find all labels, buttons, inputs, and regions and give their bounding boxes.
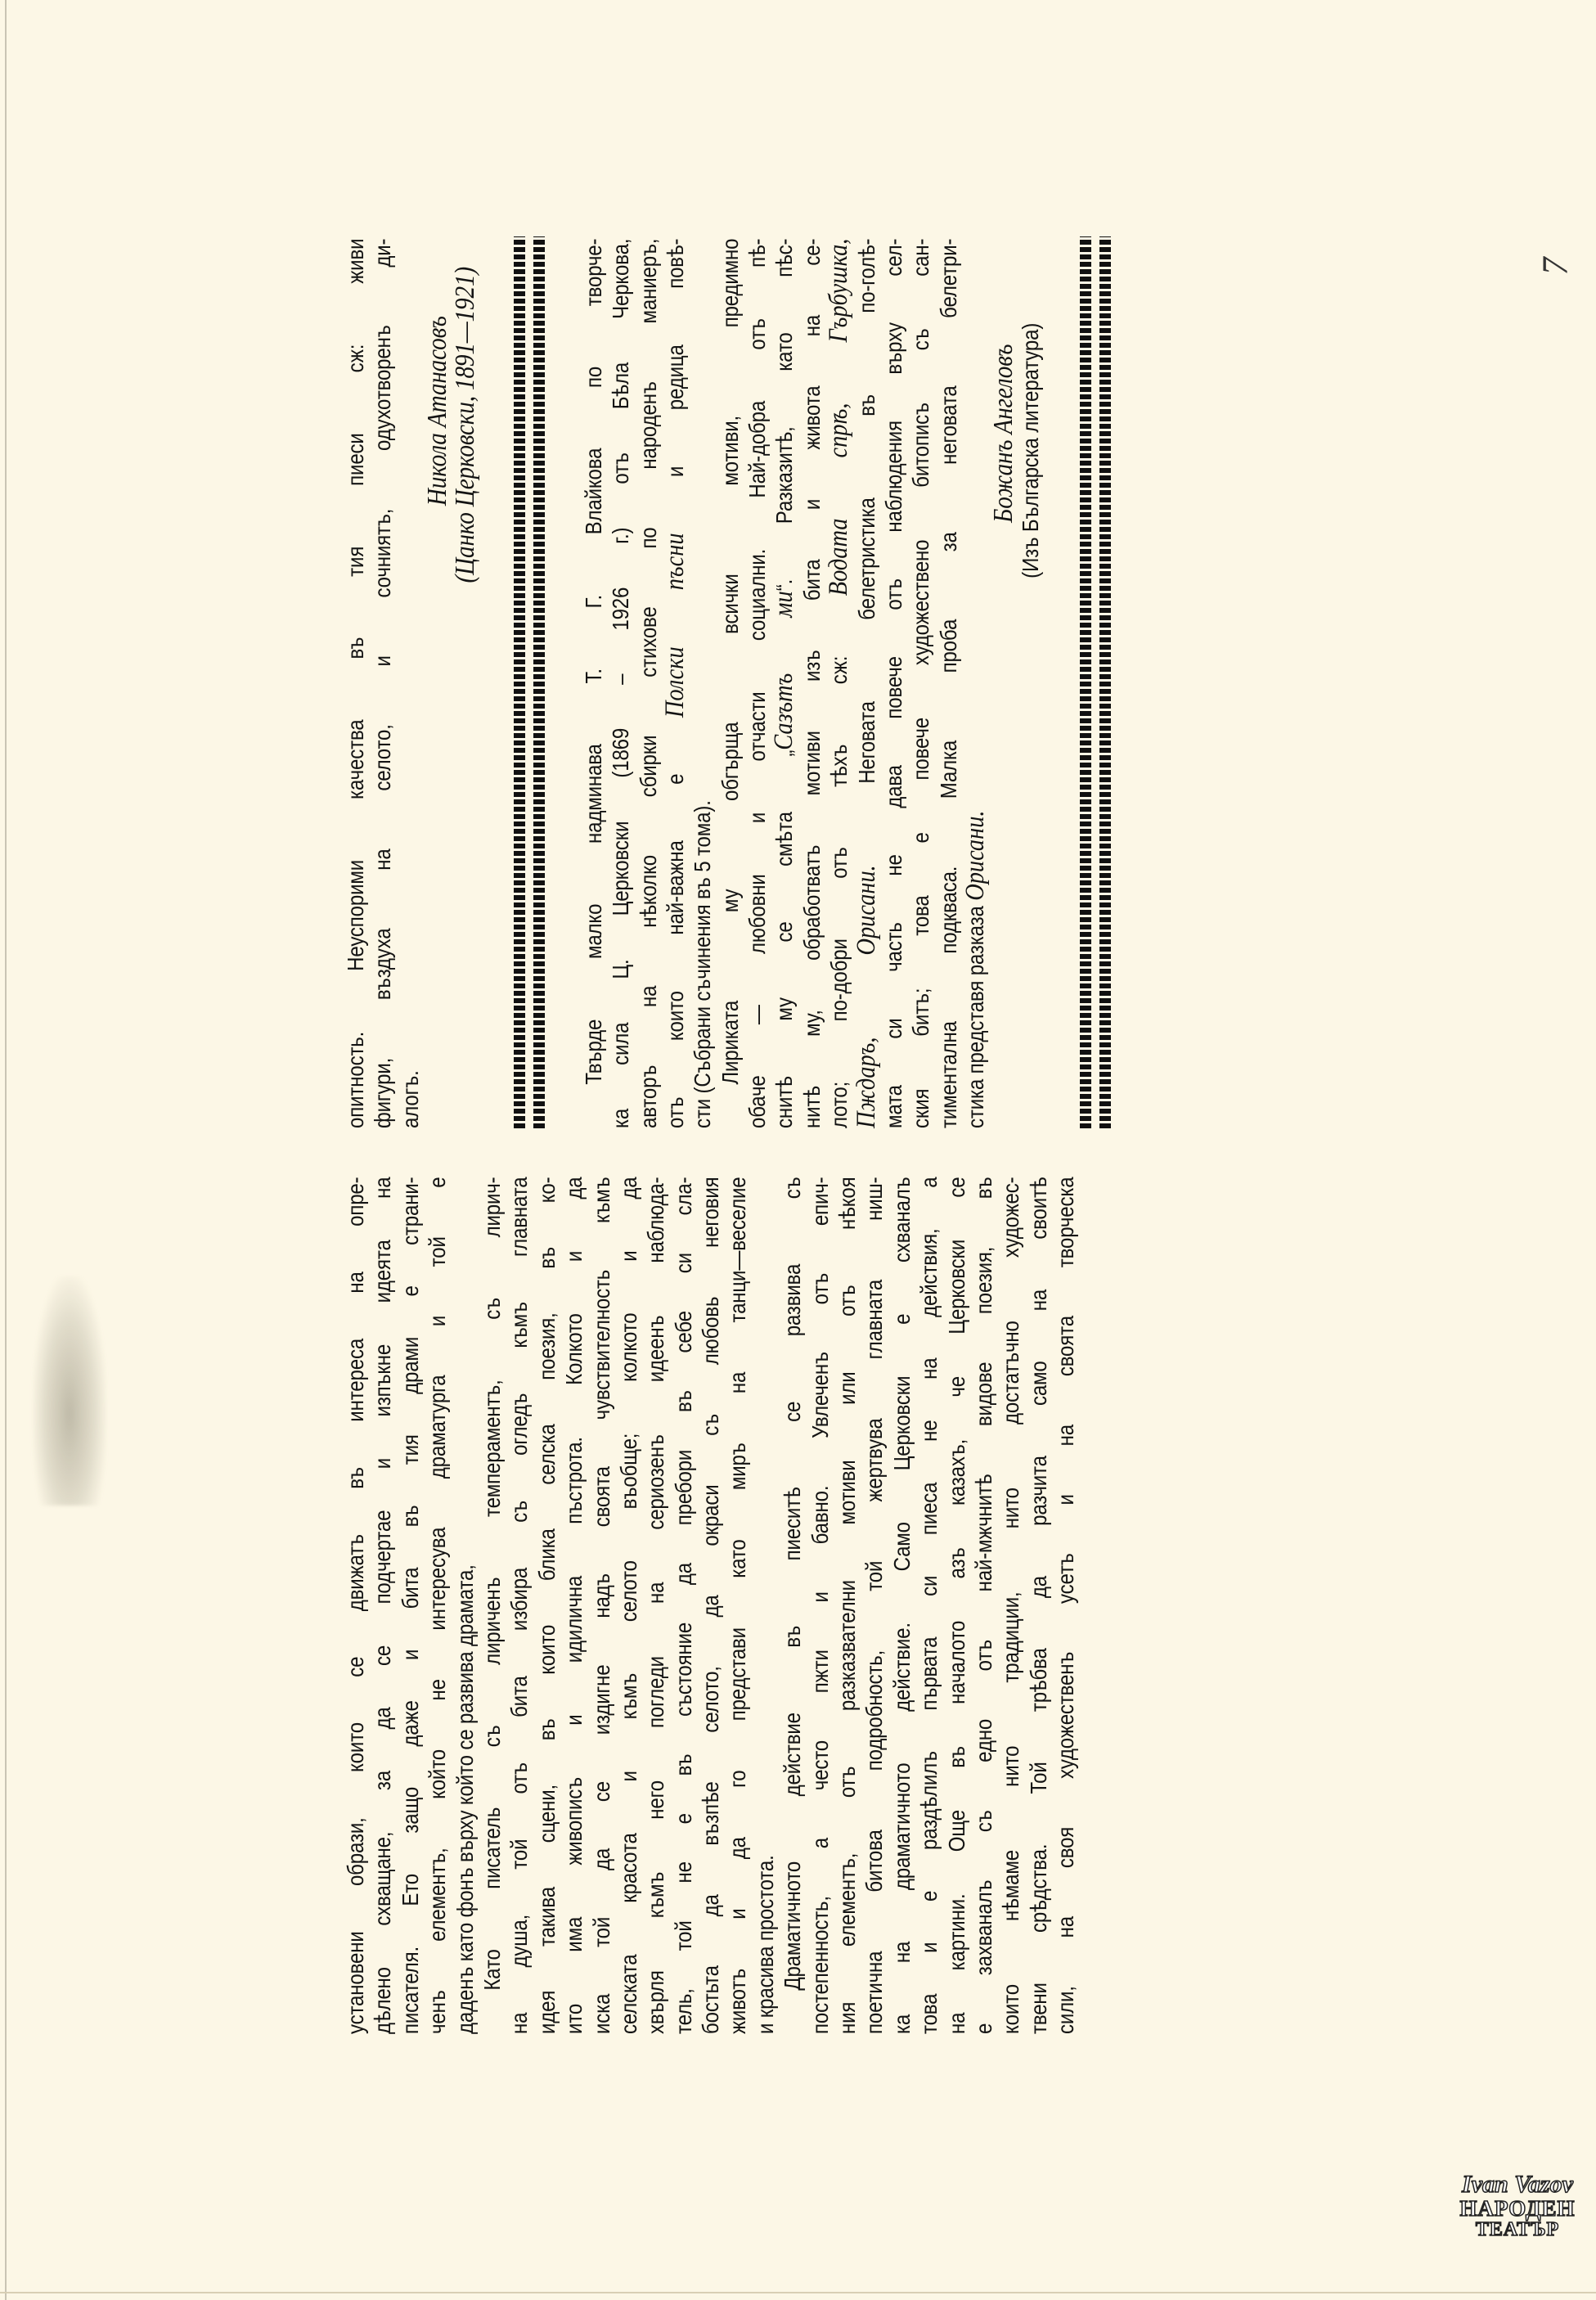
italic-title: Полски пъсни <box>660 533 690 718</box>
text-segment: снитѣ му се смѣта „ <box>771 750 797 1128</box>
scanned-page: установени образи, които се движатъ въ и… <box>0 0 1596 2300</box>
text-line: ския битъ; това е повече художествено би… <box>907 239 934 1128</box>
text-line: Драматичното действие въ пиеситѣ се разв… <box>779 1177 806 2034</box>
signature-author-1: Никола Атанасовъ <box>424 239 451 1128</box>
text-segment: Неговата белетристика въ по-голѣ- <box>854 239 879 866</box>
italic-title: Пждаръ, Орисани. <box>852 865 881 1128</box>
text-line: ченъ елементъ, който не интересува драма… <box>424 1177 451 2034</box>
source-title: (Изъ Българска литература) <box>1018 323 1043 578</box>
text-segment: лото; по-добри отъ тѣхъ сж: <box>826 596 852 1128</box>
dotted-divider <box>533 236 545 1128</box>
source-title: (Цанко Церковски, 1891—1921) <box>450 267 480 583</box>
text-segment: стика представя разказа <box>963 901 988 1128</box>
text-line: постепенность, а често пжти и бавно. Увл… <box>807 1177 834 2034</box>
text-segment: отъ които най-важна е <box>663 718 688 1128</box>
text-line: тель, той не е въ състояние да пребори в… <box>670 1177 697 2034</box>
text-line: ния елементъ, отъ разказвателни мотиви и… <box>834 1177 861 2034</box>
dotted-divider <box>1080 236 1091 1128</box>
text-column-left: установени образи, които се движатъ въ и… <box>342 1175 1080 2034</box>
text-line: стика представя разказа Орисани. <box>962 239 989 1128</box>
page-number: 7 <box>1535 258 1576 276</box>
author-name: Никола Атанасовъ <box>422 316 452 506</box>
text-column-right: опитность. Неуспорими качества въ тия пи… <box>342 236 1118 1128</box>
text-line: Като писатель съ лириченъ темпераментъ, … <box>479 1177 506 2034</box>
text-line: алогъ. <box>397 239 424 1128</box>
text-line: фигури, въздуха на селото, и сочниятъ, о… <box>369 239 396 1128</box>
text-line: лото; по-добри отъ тѣхъ сж: Водата спрѣ,… <box>825 239 852 1128</box>
text-line: нитѣ му, обработватъ мотиви изъ бита и ж… <box>798 239 825 1128</box>
signature-source-1: (Цанко Церковски, 1891—1921) <box>452 239 479 1128</box>
text-line: които нѣмаме нито традиции, нито достатъ… <box>997 1177 1024 2034</box>
text-segment: и редица повѣ- <box>663 239 688 533</box>
text-line: даденъ като фонъ върху който се развива … <box>452 1177 479 2034</box>
italic-title: Орисани. <box>960 811 990 901</box>
text-line: авторъ на нѣколко сбирки стихове по наро… <box>635 239 662 1128</box>
text-line: ито има живописъ и идилична пъстрота. Ко… <box>560 1177 587 2034</box>
dotted-divider <box>1099 236 1111 1128</box>
text-line: иска той да се издигне надъ своята чувст… <box>588 1177 615 2034</box>
rotated-text-frame: установени образи, които се движатъ въ и… <box>0 0 1596 2300</box>
article-continuation: опитность. Неуспорими качества въ тия пи… <box>342 236 424 1128</box>
text-line: Твърде малко надминава Т. Г. Влайкова по… <box>580 239 607 1128</box>
text-line: опитность. Неуспорими качества въ тия пи… <box>342 239 369 1128</box>
text-line: ка на драматичното действие. Само Церков… <box>888 1177 915 2034</box>
text-line: бостьта да възпѣе селото, да окраси съ л… <box>697 1177 724 2034</box>
article-tsanko-tserkovski: Твърде малко надминава Т. Г. Влайкова по… <box>580 236 990 1128</box>
dotted-divider <box>514 236 525 1128</box>
italic-title: Водата спрѣ, Гърбушка, <box>824 239 853 596</box>
logo-line-2: ТЕАТЪР <box>1452 2220 1583 2239</box>
text-line: селската красота и къмъ селото въобще; к… <box>615 1177 642 2034</box>
text-segment: “. Разказитѣ, като пѣс- <box>771 239 797 592</box>
italic-title: Сазътъ ми <box>769 591 798 749</box>
logo-signature: Ivan Vazov <box>1452 2172 1583 2197</box>
text-line: това и е раздѣлилъ първата си пиеса не н… <box>915 1177 942 2034</box>
text-line: снитѣ му се смѣта „Сазътъ ми“. Разказитѣ… <box>771 239 798 1128</box>
text-line: отъ които най-важна е Полски пъсни и ред… <box>662 239 689 1128</box>
text-line: животъ и да го представи като миръ на та… <box>724 1177 751 2034</box>
text-line: на картини. Още въ началото азъ казахъ, … <box>943 1177 970 2034</box>
text-line: обаче — любовни и отчасти социални. Най-… <box>744 239 771 1128</box>
text-line: сили, на своя художественъ усетъ и на св… <box>1052 1177 1079 2034</box>
text-line: и красива простота. <box>752 1177 779 2034</box>
logo-line-1: НАРОДЕН <box>1452 2197 1583 2220</box>
text-line: на душа, той отъ бита избира съ огледъ к… <box>506 1177 533 2034</box>
signature-source-2: (Изъ Българска литература) <box>1017 239 1044 1128</box>
text-line: хвърля къмъ него погледи на сериозенъ ид… <box>642 1177 669 2034</box>
author-name: Божанъ Ангеловъ <box>988 344 1018 523</box>
text-line: поетична битова подробность, той жертвув… <box>861 1177 888 2034</box>
text-line: установени образи, които се движатъ въ и… <box>342 1177 369 2034</box>
text-line: мата си часть не дава повече отъ наблюде… <box>880 239 907 1128</box>
text-line: Лириката му обгърща всички мотиви, преди… <box>717 239 744 1128</box>
text-line: сти (Събрани съчинения въ 5 тома). <box>689 239 716 1128</box>
text-line: твени срѣдства. Той трѣбва да разчита са… <box>1025 1177 1052 2034</box>
text-line: ка сила Ц. Церковски (1869 – 1926 г.) от… <box>607 239 634 1128</box>
text-line: е захваналъ съ едно отъ най-мжчнитѣ видо… <box>970 1177 997 2034</box>
text-line: тиментална подкваса. Малка проба за него… <box>935 239 962 1128</box>
text-line: идея такива сцени, въ които блика селска… <box>533 1177 560 2034</box>
signature-author-2: Божанъ Ангеловъ <box>990 239 1017 1128</box>
text-line: Пждаръ, Орисани. Неговата белетристика в… <box>853 239 880 1128</box>
national-theatre-logo: Ivan Vazov НАРОДЕН ТЕАТЪР <box>1452 2172 1583 2239</box>
text-line: писателя. Ето защо даже и бита въ тия др… <box>397 1177 424 2034</box>
text-line: дѣлено схващане, за да се подчертае и из… <box>369 1177 396 2034</box>
